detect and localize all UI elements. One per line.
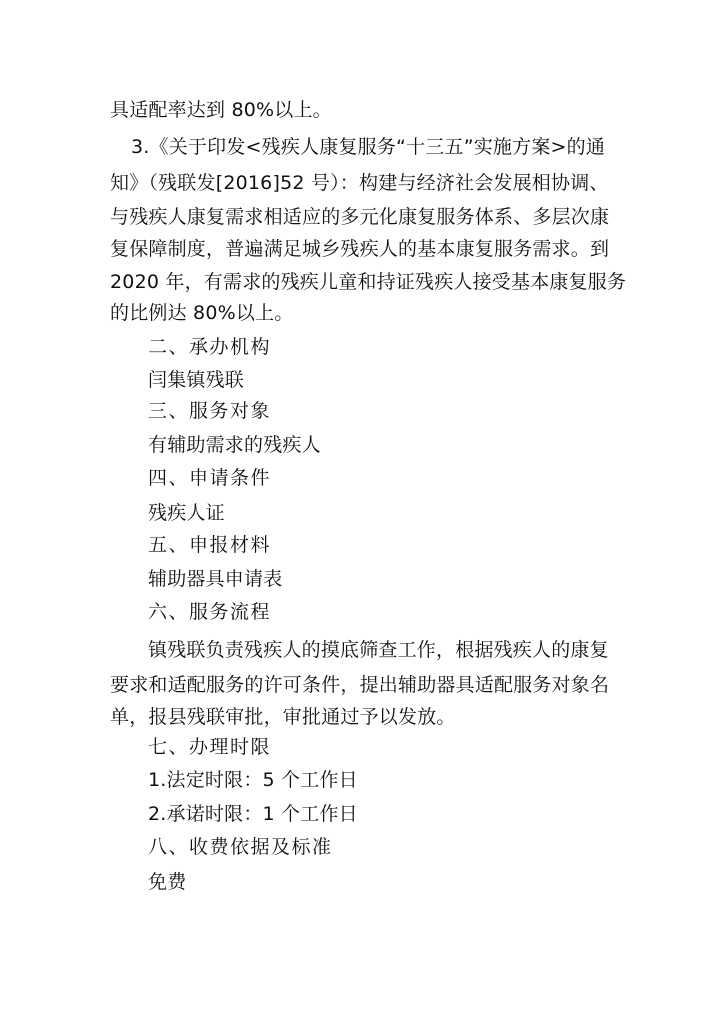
- paragraph-line: 复保障制度，普遍满足城乡残疾人的基本康复服务需求。到: [110, 237, 609, 261]
- paragraph-line: 免费: [148, 870, 186, 894]
- paragraph-line: 与残疾人康复需求相适应的多元化康复服务体系、多层次康: [110, 205, 609, 229]
- section-heading: 二、承办机构: [148, 335, 271, 359]
- paragraph-line: 单，报县残联审批，审批通过予以发放。: [110, 705, 456, 729]
- section-heading: 六、服务流程: [148, 600, 271, 624]
- paragraph-line: 残疾人证: [148, 501, 225, 525]
- section-heading: 七、办理时限: [148, 735, 271, 759]
- document-page: 具适配率达到 80%以上。3.《关于印发<残疾人康复服务“十三五”实施方案>的通…: [0, 0, 715, 1011]
- paragraph-line: 的比例达 80%以上。: [110, 301, 293, 325]
- paragraph-line: 2.承诺时限：1 个工作日: [148, 802, 358, 826]
- paragraph-line: 3.《关于印发<残疾人康复服务“十三五”实施方案>的通: [131, 135, 605, 159]
- section-heading: 四、申请条件: [148, 466, 271, 490]
- paragraph-line: 要求和适配服务的许可条件，提出辅助器具适配服务对象名: [110, 673, 609, 697]
- paragraph-line: 镇残联负责残疾人的摸底筛查工作，根据残疾人的康复: [148, 638, 609, 662]
- paragraph-line: 有辅助需求的残疾人: [148, 433, 321, 457]
- paragraph-line: 辅助器具申请表: [148, 567, 282, 591]
- paragraph-line: 知》（残联发[2016]52 号）：构建与经济社会发展相协调、: [110, 171, 609, 195]
- section-heading: 八、收费依据及标准: [148, 835, 333, 859]
- section-heading: 五、申报材料: [148, 533, 271, 557]
- section-heading: 三、服务对象: [148, 399, 271, 423]
- paragraph-line: 2020 年，有需求的残疾儿童和持证残疾人接受基本康复服务: [110, 270, 626, 294]
- paragraph-line: 具适配率达到 80%以上。: [110, 98, 332, 122]
- paragraph-line: 1.法定时限：5 个工作日: [148, 768, 358, 792]
- paragraph-line: 闫集镇残联: [148, 368, 244, 392]
